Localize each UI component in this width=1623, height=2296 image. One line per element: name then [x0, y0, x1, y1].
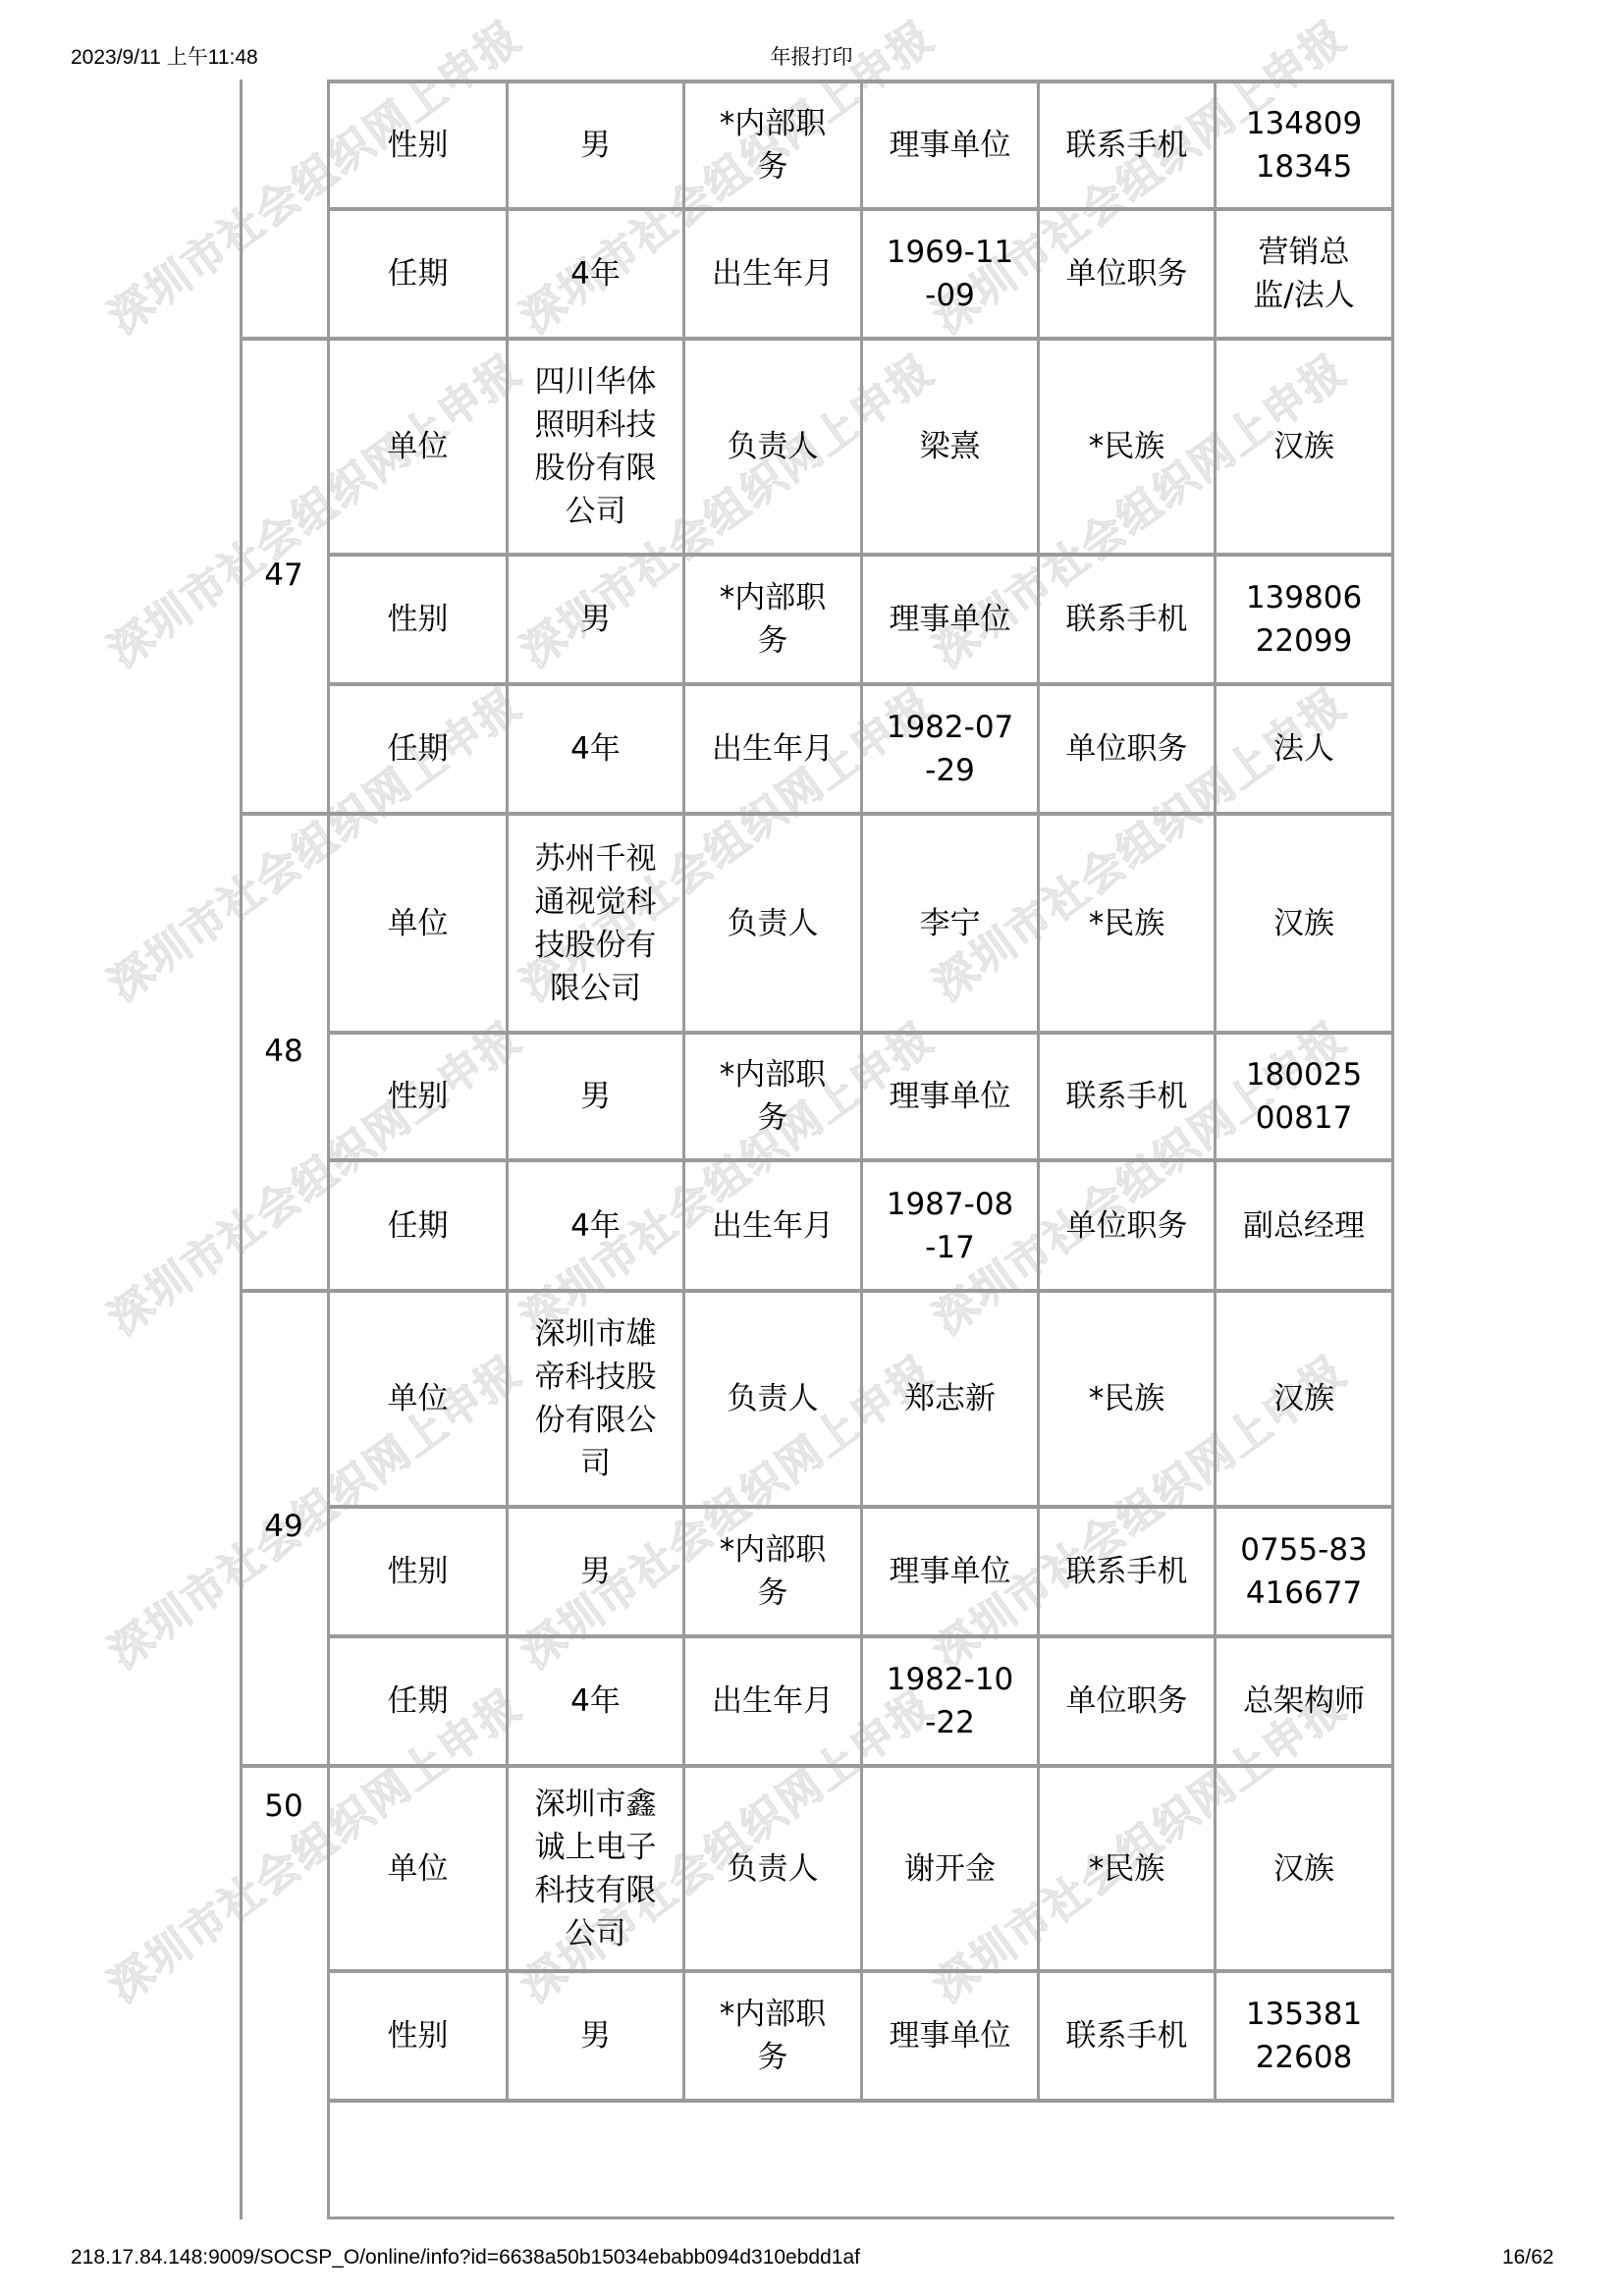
label-ethnicity: *民族	[1040, 1768, 1214, 1969]
value-term: 4年	[509, 686, 682, 812]
label-gender: 性别	[330, 1973, 506, 2099]
value-unit: 深圳市雄帝科技股份有限公司	[509, 1293, 682, 1505]
value-ethnicity: 汉族	[1217, 341, 1391, 553]
page-url: 218.17.84.148:9009/SOCSP_O/online/info?i…	[71, 2246, 860, 2269]
label-gender: 性别	[330, 557, 506, 682]
label-unit-position: 单位职务	[1040, 686, 1214, 812]
value-gender: 男	[509, 1035, 682, 1158]
value-unit-position: 营销总监/法人	[1217, 211, 1391, 337]
table-border	[327, 2099, 1394, 2103]
label-internal-position: *内部职务	[685, 1509, 860, 1634]
label-internal-position: *内部职务	[685, 557, 860, 682]
record-index: 47	[241, 558, 327, 593]
label-ethnicity: *民族	[1040, 816, 1214, 1031]
label-term: 任期	[330, 1638, 506, 1764]
label-phone: 联系手机	[1040, 83, 1214, 207]
value-ethnicity: 汉族	[1217, 816, 1391, 1031]
label-phone: 联系手机	[1040, 557, 1214, 682]
table-border	[327, 2216, 1394, 2219]
value-internal-position: 理事单位	[863, 557, 1037, 682]
record-index: 49	[241, 1509, 327, 1544]
value-unit: 深圳市鑫诚上电子科技有限公司	[509, 1768, 682, 1969]
label-gender: 性别	[330, 83, 506, 207]
table-border	[240, 80, 243, 2219]
value-birth: 1969-11-09	[863, 211, 1037, 337]
value-ethnicity: 汉族	[1217, 1293, 1391, 1505]
value-phone: 0755-83416677	[1217, 1509, 1391, 1634]
value-phone: 13480918345	[1217, 83, 1391, 207]
table-border	[1391, 80, 1394, 2101]
label-gender: 性别	[330, 1509, 506, 1634]
record-index: 50	[241, 1789, 327, 1824]
label-phone: 联系手机	[1040, 1509, 1214, 1634]
label-ethnicity: *民族	[1040, 1293, 1214, 1505]
label-ethnicity: *民族	[1040, 341, 1214, 553]
value-term: 4年	[509, 211, 682, 337]
value-birth: 1982-07-29	[863, 686, 1037, 812]
label-leader: 负责人	[685, 1293, 860, 1505]
label-unit-position: 单位职务	[1040, 1638, 1214, 1764]
label-term: 任期	[330, 1162, 506, 1289]
value-gender: 男	[509, 83, 682, 207]
value-unit: 苏州千视通视觉科技股份有限公司	[509, 816, 682, 1031]
value-leader: 谢开金	[863, 1768, 1037, 1969]
value-birth: 1982-10-22	[863, 1638, 1037, 1764]
label-phone: 联系手机	[1040, 1035, 1214, 1158]
value-ethnicity: 汉族	[1217, 1768, 1391, 1969]
label-unit: 单位	[330, 1768, 506, 1969]
value-gender: 男	[509, 557, 682, 682]
label-unit: 单位	[330, 1293, 506, 1505]
page-number: 16/62	[1502, 2246, 1554, 2269]
label-unit: 单位	[330, 816, 506, 1031]
record-index: 48	[241, 1034, 327, 1069]
label-leader: 负责人	[685, 816, 860, 1031]
label-unit-position: 单位职务	[1040, 211, 1214, 337]
value-leader: 郑志新	[863, 1293, 1037, 1505]
value-unit-position: 法人	[1217, 686, 1391, 812]
label-term: 任期	[330, 211, 506, 337]
value-internal-position: 理事单位	[863, 83, 1037, 207]
label-phone: 联系手机	[1040, 1973, 1214, 2099]
label-leader: 负责人	[685, 1768, 860, 1969]
value-unit-position: 副总经理	[1217, 1162, 1391, 1289]
value-phone: 13538122608	[1217, 1973, 1391, 2099]
label-internal-position: *内部职务	[685, 83, 860, 207]
label-birth: 出生年月	[685, 1162, 860, 1289]
value-internal-position: 理事单位	[863, 1973, 1037, 2099]
value-gender: 男	[509, 1973, 682, 2099]
label-birth: 出生年月	[685, 211, 860, 337]
label-gender: 性别	[330, 1035, 506, 1158]
value-phone: 18002500817	[1217, 1035, 1391, 1158]
value-leader: 李宁	[863, 816, 1037, 1031]
value-birth: 1987-08-17	[863, 1162, 1037, 1289]
value-leader: 梁熹	[863, 341, 1037, 553]
value-term: 4年	[509, 1638, 682, 1764]
value-phone: 13980622099	[1217, 557, 1391, 682]
label-birth: 出生年月	[685, 1638, 860, 1764]
value-internal-position: 理事单位	[863, 1035, 1037, 1158]
value-internal-position: 理事单位	[863, 1509, 1037, 1634]
value-unit: 四川华体照明科技股份有限公司	[509, 341, 682, 553]
label-unit-position: 单位职务	[1040, 1162, 1214, 1289]
value-term: 4年	[509, 1162, 682, 1289]
label-birth: 出生年月	[685, 686, 860, 812]
label-internal-position: *内部职务	[685, 1035, 860, 1158]
value-gender: 男	[509, 1509, 682, 1634]
label-unit: 单位	[330, 341, 506, 553]
value-unit-position: 总架构师	[1217, 1638, 1391, 1764]
label-leader: 负责人	[685, 341, 860, 553]
label-term: 任期	[330, 686, 506, 812]
label-internal-position: *内部职务	[685, 1973, 860, 2099]
page-title: 年报打印	[0, 41, 1623, 71]
